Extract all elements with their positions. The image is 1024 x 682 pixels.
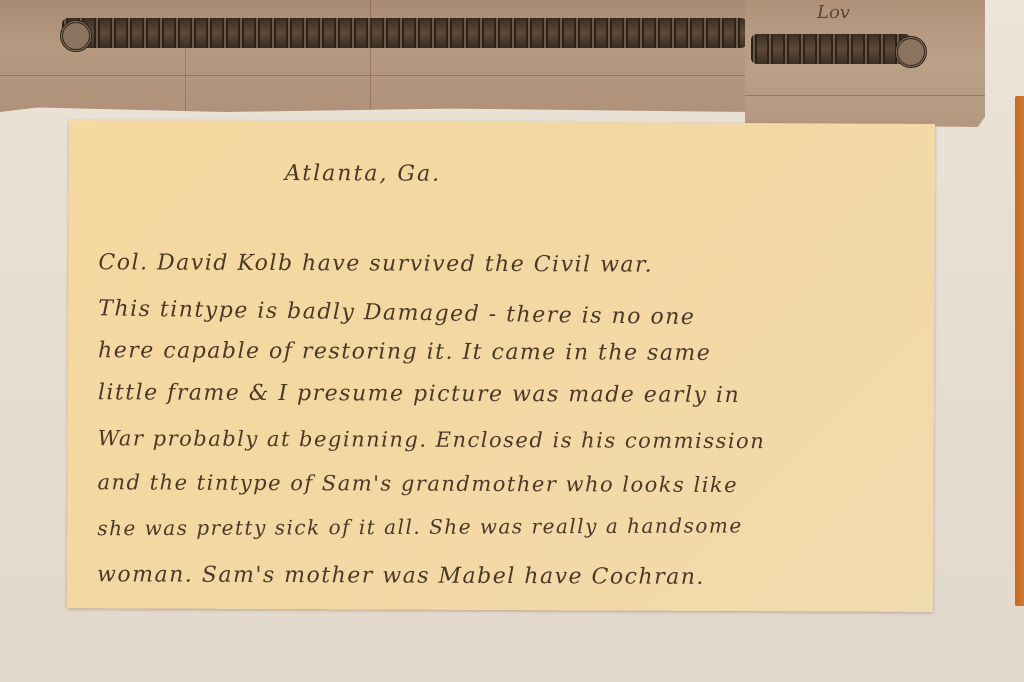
note-heading: Atlanta, Ga.: [285, 161, 441, 187]
note-line: and the tintype of Sam's grandmother who…: [97, 470, 738, 497]
document-script: Lov: [817, 2, 850, 23]
commission-document-fragment: Lov: [745, 0, 985, 127]
fold-line: [185, 40, 186, 112]
engraved-border: [62, 18, 747, 48]
note-line: This tintype is badly Damaged - there is…: [98, 296, 696, 330]
ruled-line: [745, 95, 985, 96]
note-line: she was pretty sick of it all. She was r…: [97, 513, 742, 540]
note-line: War probably at beginning. Enclosed is h…: [98, 426, 766, 453]
engraved-border: [751, 34, 911, 64]
corner-rosette: [895, 36, 927, 68]
corner-rosette: [60, 20, 92, 52]
commission-document: [0, 0, 750, 112]
ruled-line: [0, 75, 750, 76]
note-line: little frame & I presume picture was mad…: [98, 380, 740, 408]
handwritten-note-card: Atlanta, Ga. Col. David Kolb have surviv…: [67, 120, 935, 612]
note-line: woman. Sam's mother was Mabel have Cochr…: [97, 562, 705, 590]
fold-line: [370, 0, 371, 112]
note-line: Col. David Kolb have survived the Civil …: [98, 250, 653, 277]
frame-edge: [1015, 96, 1024, 606]
note-line: here capable of restoring it. It came in…: [98, 338, 711, 366]
